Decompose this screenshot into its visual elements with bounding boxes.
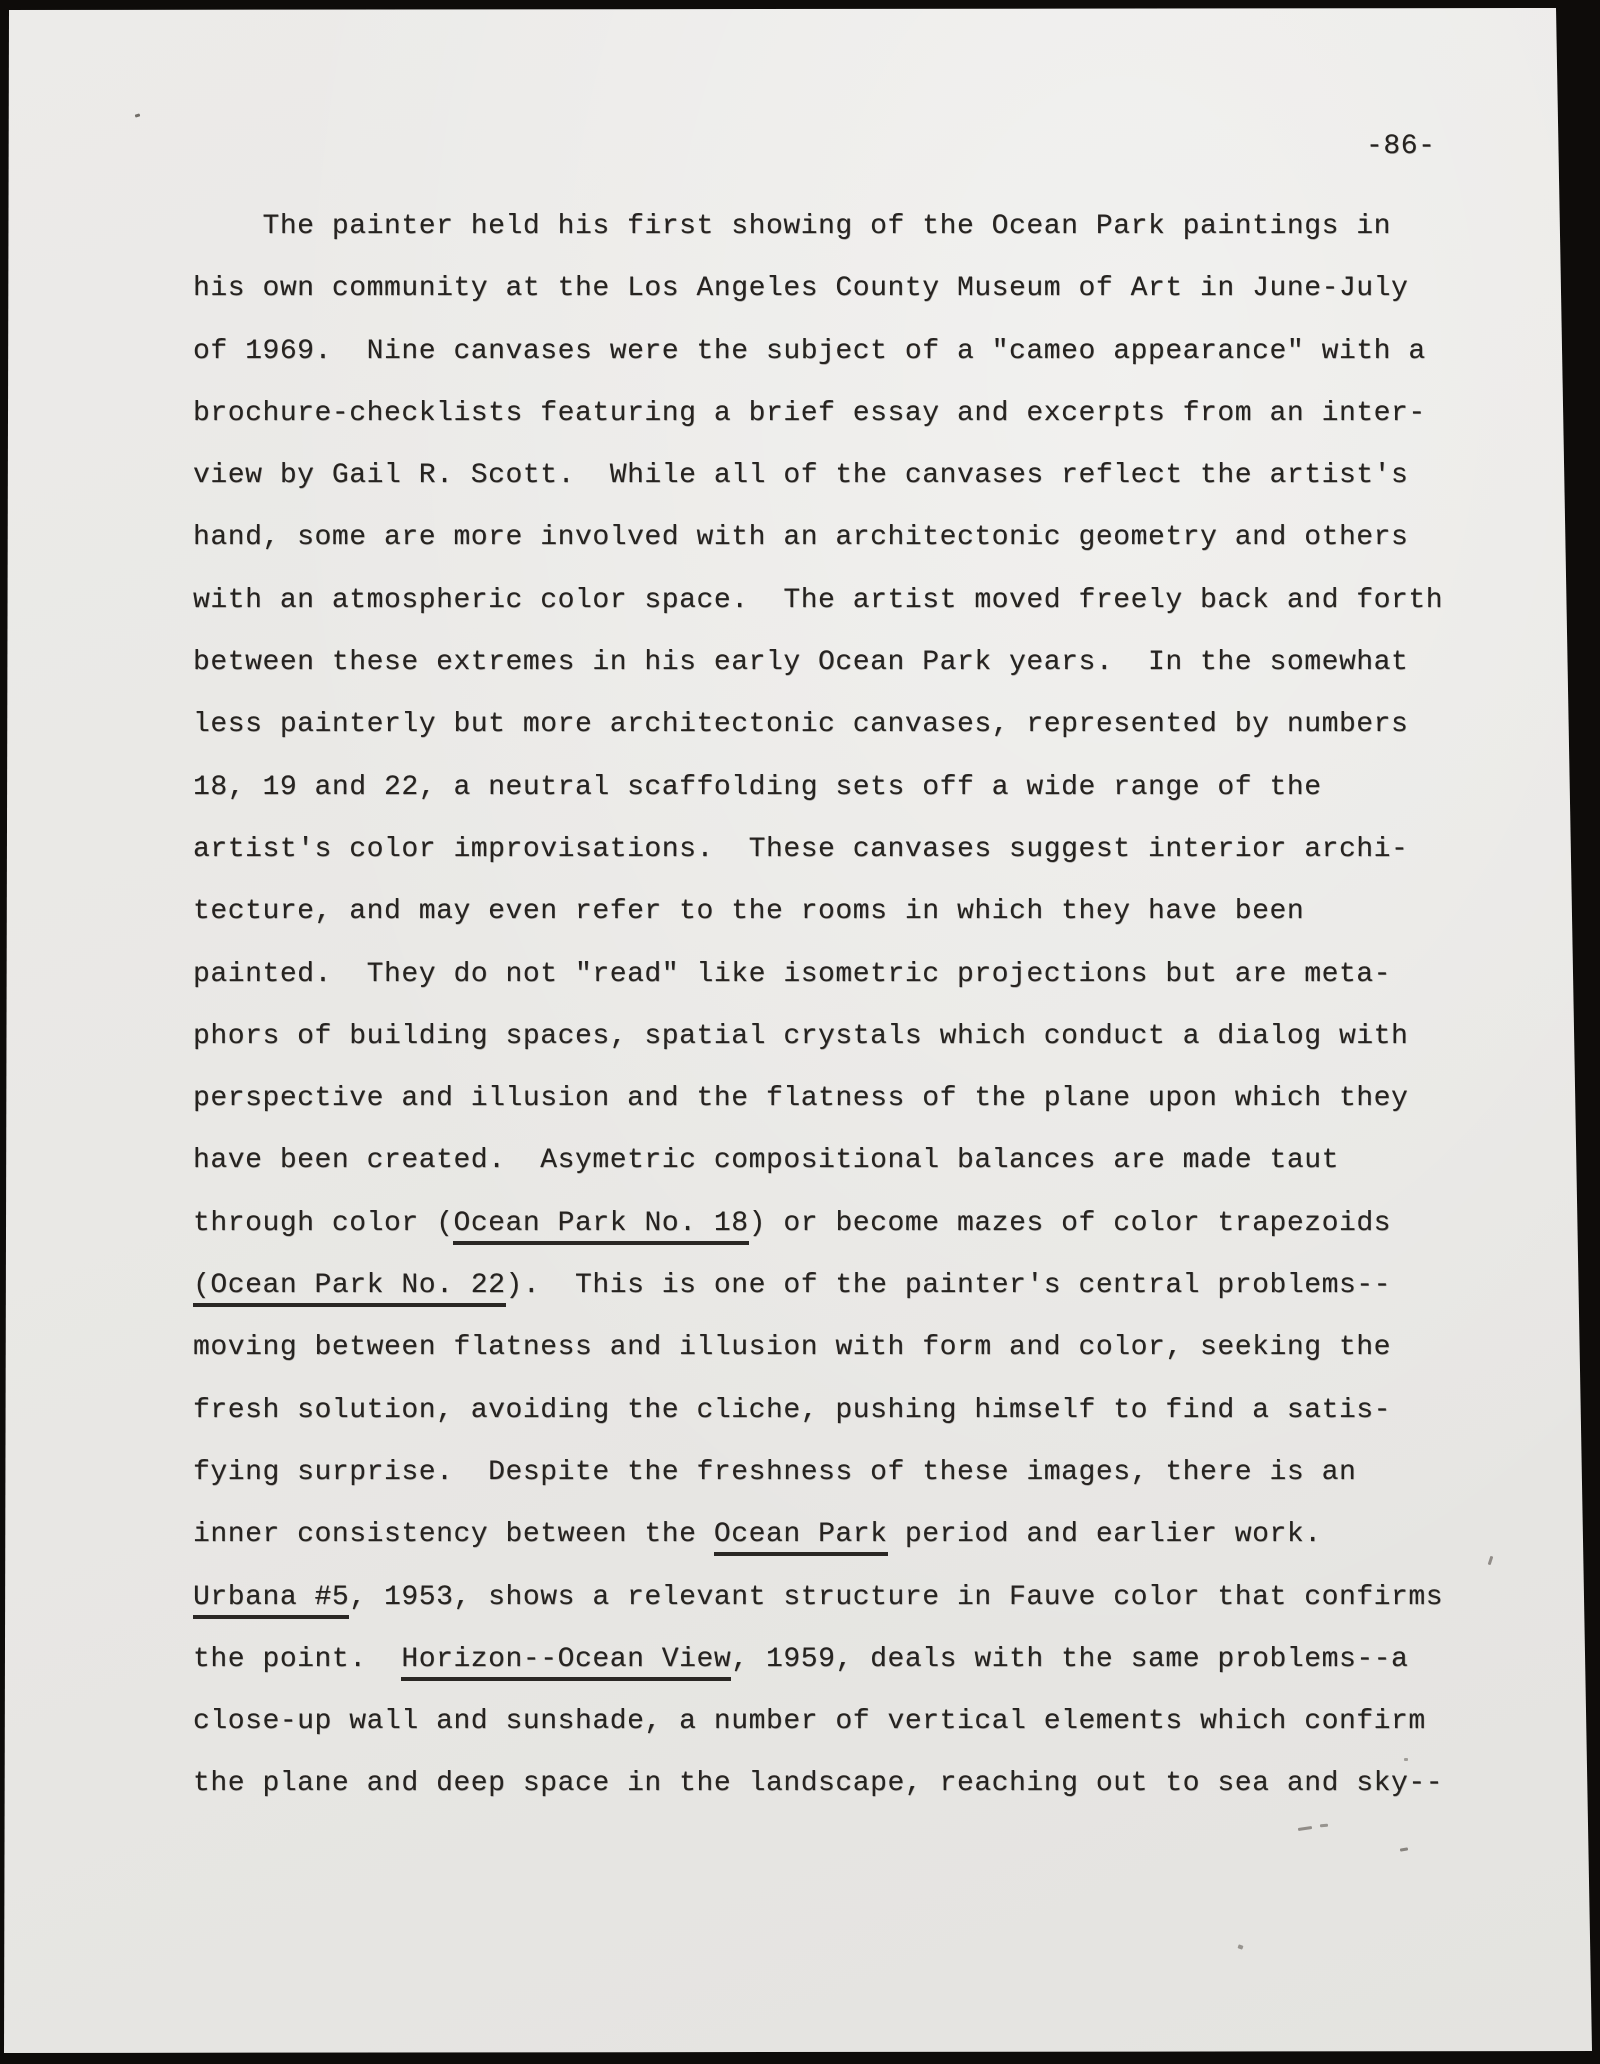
text-line: his own community at the Los Angeles Cou…: [193, 258, 1463, 320]
underlined-title: Urbana #5: [193, 1582, 349, 1619]
text-segment: fresh solution, avoiding the cliche, pus…: [193, 1395, 1391, 1426]
text-segment: fying surprise. Despite the freshness of…: [193, 1457, 1356, 1488]
scanned-document: -86- The painter held his first showing …: [0, 0, 1600, 2064]
dust-speck: [1320, 1824, 1328, 1828]
text-segment: close-up wall and sunshade, a number of …: [193, 1706, 1426, 1737]
text-segment: ) or become mazes of color trapezoids: [749, 1208, 1391, 1239]
dust-speck: [135, 113, 141, 117]
text-line: Urbana #5, 1953, shows a relevant struct…: [193, 1567, 1463, 1629]
text-line: inner consistency between the Ocean Park…: [193, 1504, 1463, 1566]
text-segment: hand, some are more involved with an arc…: [193, 522, 1408, 553]
text-line: artist's color improvisations. These can…: [193, 819, 1463, 881]
paper-sheet: -86- The painter held his first showing …: [0, 0, 1600, 2064]
text-segment: artist's color improvisations. These can…: [193, 834, 1408, 865]
text-line: fresh solution, avoiding the cliche, pus…: [193, 1380, 1463, 1442]
text-segment: 18, 19 and 22, a neutral scaffolding set…: [193, 772, 1322, 803]
text-line: painted. They do not "read" like isometr…: [193, 944, 1463, 1006]
text-segment: with an atmospheric color space. The art…: [193, 585, 1443, 616]
underlined-title: Ocean Park No. 18: [453, 1208, 748, 1245]
text-segment: , 1959, deals with the same problems--a: [731, 1644, 1408, 1675]
text-segment: brochure-checklists featuring a brief es…: [193, 398, 1426, 429]
text-line: through color (Ocean Park No. 18) or bec…: [193, 1193, 1463, 1255]
text-segment: moving between flatness and illusion wit…: [193, 1332, 1391, 1363]
text-segment: the plane and deep space in the landscap…: [193, 1768, 1443, 1799]
text-line: view by Gail R. Scott. While all of the …: [193, 445, 1463, 507]
text-line: the point. Horizon--Ocean View, 1959, de…: [193, 1629, 1463, 1691]
text-line: brochure-checklists featuring a brief es…: [193, 383, 1463, 445]
dust-speck: [1404, 1758, 1408, 1761]
page-number: -86-: [1366, 130, 1435, 164]
text-line: of 1969. Nine canvases were the subject …: [193, 321, 1463, 383]
text-line: (Ocean Park No. 22). This is one of the …: [193, 1255, 1463, 1317]
text-segment: tecture, and may even refer to the rooms…: [193, 896, 1304, 927]
text-line: The painter held his first showing of th…: [193, 196, 1463, 258]
text-line: hand, some are more involved with an arc…: [193, 507, 1463, 569]
text-segment: less painterly but more architectonic ca…: [193, 709, 1408, 740]
text-line: perspective and illusion and the flatnes…: [193, 1068, 1463, 1130]
text-segment: period and earlier work.: [888, 1519, 1322, 1550]
dust-speck: [1298, 1826, 1312, 1831]
underlined-title: (Ocean Park No. 22: [193, 1270, 506, 1307]
text-line: less painterly but more architectonic ca…: [193, 694, 1463, 756]
dust-speck: [1237, 1944, 1243, 1949]
dust-speck: [1488, 1556, 1494, 1565]
text-line: 18, 19 and 22, a neutral scaffolding set…: [193, 757, 1463, 819]
text-segment: The painter held his first showing of th…: [193, 211, 1391, 242]
text-line: with an atmospheric color space. The art…: [193, 570, 1463, 632]
text-line: the plane and deep space in the landscap…: [193, 1753, 1463, 1815]
text-segment: between these extremes in his early Ocea…: [193, 647, 1408, 678]
text-line: have been created. Asymetric composition…: [193, 1130, 1463, 1192]
text-line: moving between flatness and illusion wit…: [193, 1317, 1463, 1379]
text-segment: painted. They do not "read" like isometr…: [193, 959, 1391, 990]
text-segment: , 1953, shows a relevant structure in Fa…: [349, 1582, 1443, 1613]
underlined-title: Horizon--Ocean View: [401, 1644, 731, 1681]
text-line: tecture, and may even refer to the rooms…: [193, 881, 1463, 943]
text-segment: view by Gail R. Scott. While all of the …: [193, 460, 1408, 491]
text-segment: perspective and illusion and the flatnes…: [193, 1083, 1408, 1114]
text-segment: have been created. Asymetric composition…: [193, 1145, 1339, 1176]
underlined-title: Ocean Park: [714, 1519, 888, 1556]
text-segment: through color (: [193, 1208, 453, 1239]
text-line: close-up wall and sunshade, a number of …: [193, 1691, 1463, 1753]
text-segment: of 1969. Nine canvases were the subject …: [193, 336, 1426, 367]
text-segment: his own community at the Los Angeles Cou…: [193, 273, 1408, 304]
text-segment: inner consistency between the: [193, 1519, 714, 1550]
dust-speck: [1400, 1847, 1408, 1851]
text-line: phors of building spaces, spatial crysta…: [193, 1006, 1463, 1068]
text-segment: ). This is one of the painter's central …: [506, 1270, 1392, 1301]
typescript-text: The painter held his first showing of th…: [193, 196, 1463, 1816]
text-segment: phors of building spaces, spatial crysta…: [193, 1021, 1408, 1052]
text-line: fying surprise. Despite the freshness of…: [193, 1442, 1463, 1504]
text-line: between these extremes in his early Ocea…: [193, 632, 1463, 694]
text-segment: the point.: [193, 1644, 401, 1675]
